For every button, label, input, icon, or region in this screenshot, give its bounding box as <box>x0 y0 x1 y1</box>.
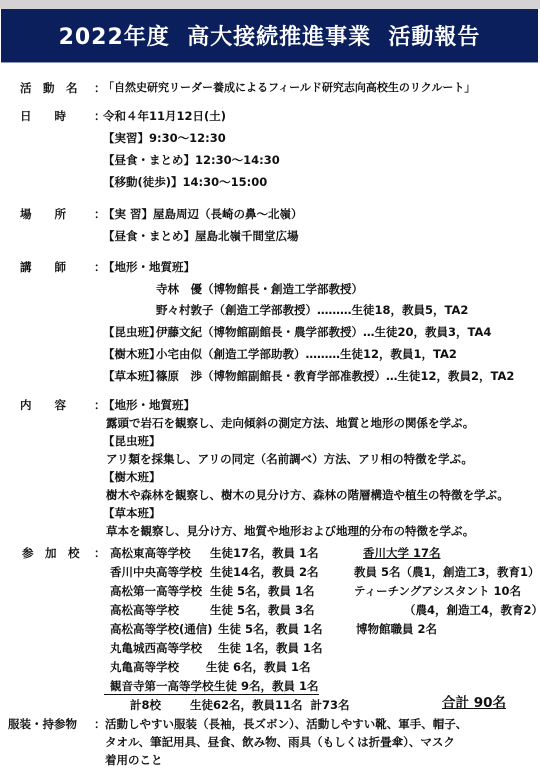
grand-total: 合計 90名 <box>442 695 506 711</box>
museum-staff: 博物館職員 2名 <box>356 621 437 637</box>
subtotal-rule <box>104 694 319 695</box>
school-count: 生徒17名，教員 1名 <box>210 545 319 561</box>
school-count: 生徒 9名，教員 1名 <box>214 678 319 694</box>
top-strip <box>0 0 540 9</box>
belongings-line-1: 活動しやすい服装（長袖，長ズボン）、活動しやすい靴、軍手、帽子、 <box>105 716 467 732</box>
lecturer-group-insect: 【昆虫班】 <box>103 324 161 340</box>
school-name: 高松東高等学校 <box>110 545 191 561</box>
place-lunch: 【昼食・まとめ】屋島北嶺千間堂広場 <box>103 228 299 244</box>
school-name: 丸亀城西高等学校 <box>110 640 202 656</box>
school-name: 高松高等学校(通信) <box>110 621 213 637</box>
lecturer-nonomura: 野々村敦子（創造工学部教授）………生徒18，教員5，TA2 <box>156 302 468 318</box>
lecturer-ito: 伊藤文紀（博物館副館長・農学部教授）…生徒20，教員3，TA4 <box>156 324 491 340</box>
schedule-move: 【移動(徒歩)】14:30～15:00 <box>103 174 267 190</box>
school-count: 生徒14名，教員 2名 <box>210 564 319 580</box>
school-count: 生徒 5名，教員 3名 <box>210 602 315 618</box>
school-count: 生徒 5名，教員 1名 <box>218 621 323 637</box>
school-name: 香川中央高等学校 <box>110 564 202 580</box>
schedule-lunch: 【昼食・まとめ】12:30～14:30 <box>103 152 280 168</box>
subtotal-count: 生徒62名，教員11名 計73名 <box>190 697 350 713</box>
header-banner: 2022年度 高大接続推進事業 活動報告 <box>1 9 538 63</box>
content-group-herb: 【草本班】 <box>103 505 161 521</box>
place-practice: 【実 習】屋島周辺（長崎の鼻～北嶺） <box>103 206 303 222</box>
colon: ： <box>94 545 106 561</box>
lecturer-oyake: 小宅由似（創造工学部助教）………生徒12，教員1，TA2 <box>156 346 457 362</box>
school-name: 高松第一高等学校 <box>110 583 202 599</box>
lecturer-shinohara: 篠原 渉（博物館副館長・教育学部准教授）…生徒12，教員2，TA2 <box>156 368 514 384</box>
place-label: 場 所 <box>20 206 66 222</box>
lecturer-group-tree: 【樹木班】 <box>103 346 161 362</box>
schedule-practice: 【実習】9:30～12:30 <box>103 130 226 146</box>
school-count: 生徒 5名，教員 1名 <box>210 583 315 599</box>
university-faculty: 教員 5名（農1，創造工3，教育1） <box>354 564 540 580</box>
participants-label: 参 加 校 <box>22 545 80 561</box>
school-count: 生徒 6名，教員 1名 <box>206 659 311 675</box>
subtotal-schools: 計8校 <box>130 697 161 713</box>
lecturers-label: 講 師 <box>20 259 66 275</box>
lecturer-terabayashi: 寺林 優（博物館長・創造工学部教授） <box>156 281 363 297</box>
belongings-label: 服装・持参物 <box>8 716 77 732</box>
activity-name-label: 活 動 名 <box>20 80 78 96</box>
content-text-insect: アリ類を採集し、アリの同定（名前調べ）方法、アリ相の特徴を学ぶ。 <box>106 451 473 467</box>
content-group-tree: 【樹木班】 <box>103 469 161 485</box>
content-text-herb: 草本を観察し、見分け方、地質や地形および地理的分布の特徴を学ぶ。 <box>106 523 474 539</box>
university-ta-breakdown: （農4，創造工4，教育2） <box>404 602 540 618</box>
school-count: 生徒 1名，教員 1名 <box>218 640 323 656</box>
university-title: 香川大学 17名 <box>363 545 441 561</box>
content-text-geology: 露頭で岩石を観察し、走向傾斜の測定方法、地質と地形の関係を学ぶ。 <box>106 415 474 431</box>
datetime-label: 日 時 <box>20 108 66 124</box>
content-group-geology: 【地形・地質班】 <box>103 397 195 413</box>
page-title: 2022年度 高大接続推進事業 活動報告 <box>59 20 481 51</box>
lecturer-group-geology: 【地形・地質班】 <box>103 259 195 275</box>
lecturer-group-herb: 【草本班】 <box>103 368 161 384</box>
date-value: 令和４年11月12日(土) <box>103 108 226 124</box>
university-ta: ティーチングアシスタント 10名 <box>354 583 521 599</box>
school-name: 観音寺第一高等学校 <box>110 678 214 694</box>
colon: ： <box>94 716 106 732</box>
school-name: 高松高等学校 <box>110 602 179 618</box>
belongings-line-3: 着用のこと <box>105 752 163 768</box>
belongings-line-2: タオル、筆記用具、昼食、飲み物、雨具（もしくは折畳傘）、マスク <box>105 734 455 750</box>
content-text-tree: 樹木や森林を観察し、樹木の見分け方、森林の階層構造や植生の特徴を学ぶ。 <box>106 487 509 503</box>
content-label: 内 容 <box>20 397 66 413</box>
content-group-insect: 【昆虫班】 <box>103 433 161 449</box>
activity-name-value: 「自然史研究リーダー養成によるフィールド研究志向高校生のリクルート」 <box>103 80 475 96</box>
school-name: 丸亀高等学校 <box>110 659 179 675</box>
